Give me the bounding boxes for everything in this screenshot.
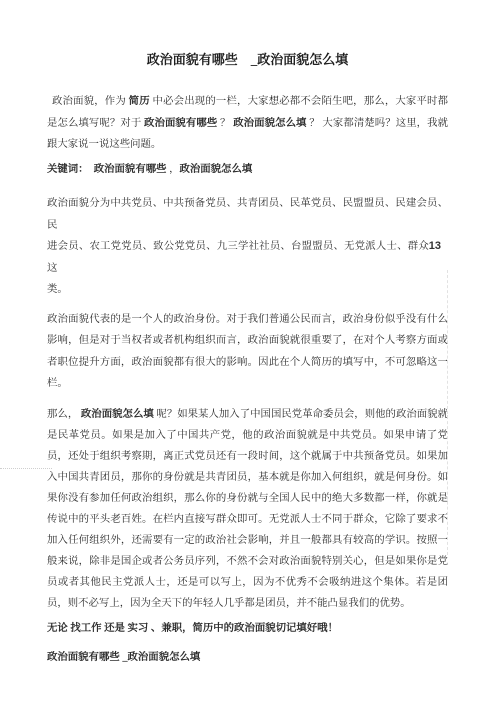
document-page: 政治面貌有哪些 _政治面貌怎么填 政治面貌，作为 简历 中必会出现的一栏，大家想… xyxy=(0,0,500,708)
text-run: ？ xyxy=(217,118,233,129)
bold-keyword: 关键词： xyxy=(47,164,94,175)
howto-paragraph: 那么， 政治面貌怎么填 呢？如果某人加入了中国国民党革命委员会，则他的政治面貌就… xyxy=(47,404,448,614)
bold-keyword: 政治面貌怎么填 xyxy=(180,164,253,175)
categories-line-3: 类。 xyxy=(47,279,448,301)
footer-title: 政治面貌有哪些 _政治面貌怎么填 xyxy=(47,647,448,669)
bold-keyword: 实习 xyxy=(128,623,149,634)
bold-keyword: 还是 xyxy=(102,623,128,634)
bold-keyword: 政治面貌怎么填 xyxy=(81,409,154,420)
intro-paragraph: 政治面貌，作为 简历 中必会出现的一栏，大家想必都不会陌生吧，那么，大家平时都是… xyxy=(47,91,448,156)
categories-line-2: 进会员、农工党党员、致公党党员、九三学社社员、台盟盟员、无党派人士、群众这 13 xyxy=(47,236,448,279)
bold-keyword: 简历 xyxy=(129,96,150,107)
text-run: 政治面貌，作为 xyxy=(52,96,129,107)
page-title: 政治面貌有哪些 _政治面貌怎么填 xyxy=(47,51,448,68)
text-run: 呢？如果某人加入了中国国民党革命委员会，则他的政治面貌就是民革党员。如果是加入了… xyxy=(47,409,448,609)
scan-artifact-dotted-line xyxy=(0,468,52,469)
bold-keyword: 无论 xyxy=(47,623,70,634)
bold-keyword: 政治面貌怎么填 xyxy=(233,118,306,129)
bold-keyword: 、兼职，简历中的政治面貌切记填好哦！ xyxy=(148,623,338,634)
reminder-line: 无论 找工作 还是 实习 、兼职，简历中的政治面貌切记填好哦！ xyxy=(47,618,448,640)
keywords-line: 关键词： 政治面貌有哪些 ，政治面貌怎么填 xyxy=(47,159,448,181)
text-run: 那么， xyxy=(47,409,81,420)
categories-line-2-text: 进会员、农工党党员、致公党党员、九三学社社员、台盟盟员、无党派人士、群众这 xyxy=(47,236,429,279)
category-count: 13 xyxy=(429,236,441,258)
bold-keyword: 政治面貌有哪些 xyxy=(144,118,217,129)
categories-paragraph: 政治面貌分为中共党员、中共预备党员、共青团员、民革党员、民盟盟员、民建会员、民 … xyxy=(47,193,448,301)
scan-artifact-vertical-dashed-line xyxy=(447,270,448,555)
categories-line-1: 政治面貌分为中共党员、中共预备党员、共青团员、民革党员、民盟盟员、民建会员、民 xyxy=(47,193,448,236)
document-content: 政治面貌有哪些 _政治面貌怎么填 政治面貌，作为 简历 中必会出现的一栏，大家想… xyxy=(47,0,448,669)
bold-keyword: 政治面貌有哪些 xyxy=(94,164,167,175)
text-run: ， xyxy=(167,164,180,175)
text-run: ？ xyxy=(307,118,323,129)
bold-keyword: 找工作 xyxy=(70,623,101,634)
meaning-paragraph: 政治面貌代表的是一个人的政治身份。对于我们普通公民而言，政治身份似乎没有什么影响… xyxy=(47,309,448,395)
